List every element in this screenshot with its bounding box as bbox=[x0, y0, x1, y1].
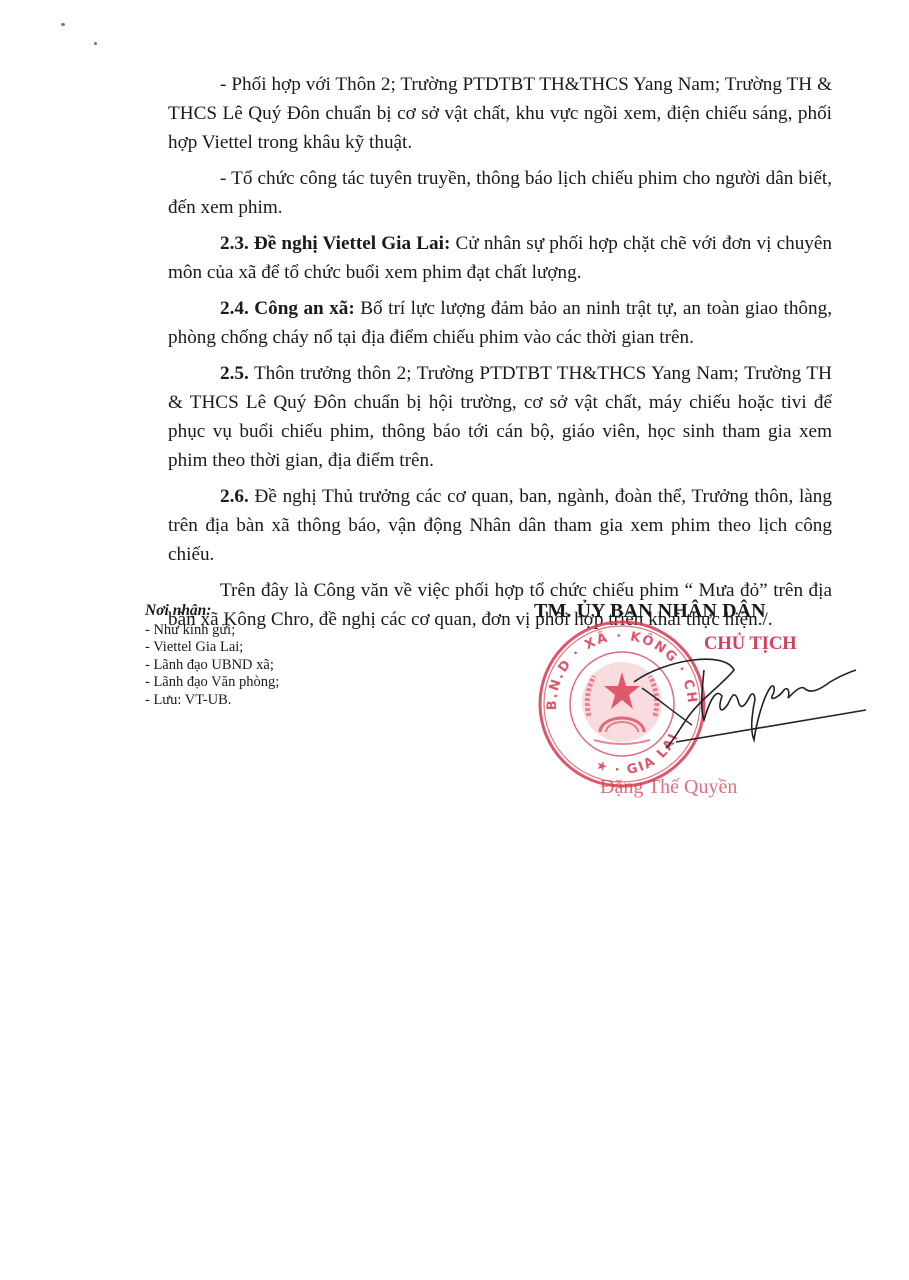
section-heading: 2.4. Công an xã: bbox=[220, 298, 355, 319]
paragraph-text: Thôn trưởng thôn 2; Trường PTDTBT TH&THC… bbox=[168, 363, 832, 471]
paragraph-text: - Tổ chức công tác tuyên truyền, thông b… bbox=[168, 168, 832, 218]
scan-speck bbox=[94, 42, 97, 45]
paragraph-propaganda: - Tổ chức công tác tuyên truyền, thông b… bbox=[168, 164, 832, 222]
recipient-item: - Lãnh đạo UBND xã; bbox=[145, 657, 279, 675]
paragraph-text: - Phối hợp với Thôn 2; Trường PTDTBT TH&… bbox=[168, 74, 832, 153]
handwritten-signature-icon bbox=[604, 630, 874, 760]
scan-speck bbox=[61, 23, 65, 26]
paragraph-2-5: 2.5. Thôn trưởng thôn 2; Trường PTDTBT T… bbox=[168, 359, 832, 475]
section-heading: 2.5. bbox=[220, 363, 249, 384]
paragraph-2-4: 2.4. Công an xã: Bố trí lực lượng đảm bả… bbox=[168, 294, 832, 352]
paragraph-2-3: 2.3. Đề nghị Viettel Gia Lai: Cử nhân sự… bbox=[168, 229, 832, 287]
document-body: - Phối hợp với Thôn 2; Trường PTDTBT TH&… bbox=[168, 70, 832, 641]
paragraph-coordinate-facilities: - Phối hợp với Thôn 2; Trường PTDTBT TH&… bbox=[168, 70, 832, 157]
signature-block: TM. ỦY BAN NHÂN DÂN CHỦ TỊCH U.B.N.D · X… bbox=[534, 600, 874, 820]
recipient-item: - Như kính gửi; bbox=[145, 622, 279, 640]
recipient-item: - Lưu: VT-UB. bbox=[145, 692, 279, 710]
recipients-block: Nơi nhận: - Như kính gửi; - Viettel Gia … bbox=[145, 602, 279, 709]
section-heading: 2.3. Đề nghị Viettel Gia Lai: bbox=[220, 233, 450, 254]
section-heading: 2.6. bbox=[220, 486, 249, 507]
paragraph-2-6: 2.6. Đề nghị Thủ trưởng các cơ quan, ban… bbox=[168, 482, 832, 569]
paragraph-text: Đề nghị Thủ trưởng các cơ quan, ban, ngà… bbox=[168, 486, 832, 565]
recipient-item: - Lãnh đạo Văn phòng; bbox=[145, 674, 279, 692]
recipient-item: - Viettel Gia Lai; bbox=[145, 639, 279, 657]
recipients-title: Nơi nhận: bbox=[145, 602, 279, 620]
